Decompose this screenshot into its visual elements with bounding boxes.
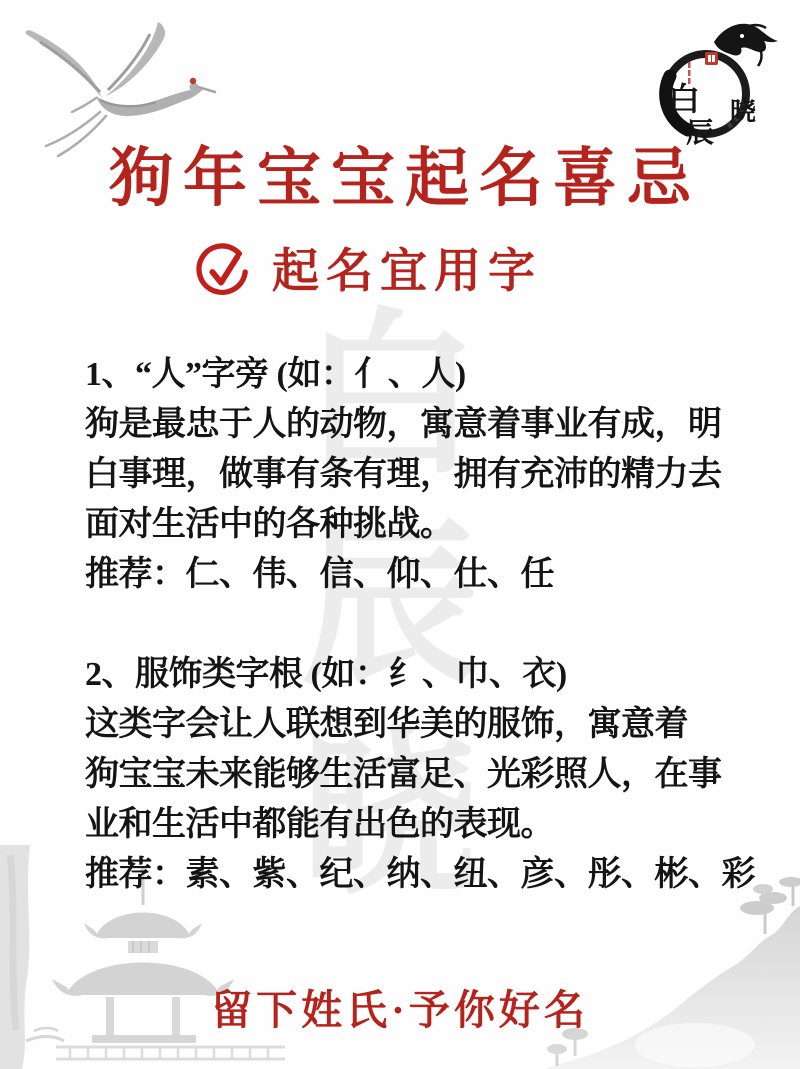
logo-char-xiao: 晓 <box>730 97 756 126</box>
check-circle-icon <box>194 243 252 301</box>
subtitle-row: 起名宜用字 <box>0 236 768 308</box>
footer-slogan: 留下姓氏·予你好名 <box>0 980 800 1040</box>
section-body-line: 业和生活中都能有出色的表现。 <box>85 800 725 850</box>
section-body-line: 面对生活中的各种挑战。 <box>85 500 725 550</box>
section-recommend: 推荐：仁、伟、信、仰、仕、任 <box>85 550 725 600</box>
section-recommend: 推荐：素、紫、纪、纳、纽、彦、彤、彬、彩 <box>85 850 725 900</box>
page-title: 狗年宝宝起名喜忌 <box>0 136 800 222</box>
logo-char-bai: 白 <box>668 81 700 117</box>
poster-canvas: 白 辰 晓 白 <box>0 0 800 1069</box>
section-body-line: 狗宝宝未来能够生活富足、光彩照人，在事 <box>85 750 725 800</box>
dragon-circle-icon: 白 辰 晓 <box>648 14 778 154</box>
section-body-line: 这类字会让人联想到华美的服饰，寓意着 <box>85 700 725 750</box>
section-body-line: 白事理，做事有条有理，拥有充沛的精力去 <box>85 450 725 500</box>
section-heading: 1、“人”字旁 (如：亻、人) <box>85 350 725 400</box>
section-ren-radical: 1、“人”字旁 (如：亻、人) 狗是最忠于人的动物，寓意着事业有成，明 白事理，… <box>85 350 725 600</box>
section-body-line: 狗是最忠于人的动物，寓意着事业有成，明 <box>85 400 725 450</box>
subtitle-text: 起名宜用字 <box>272 236 542 308</box>
section-clothing-radical: 2、服饰类字根 (如：纟、巾、衣) 这类字会让人联想到华美的服饰，寓意着 狗宝宝… <box>85 650 725 900</box>
section-heading: 2、服饰类字根 (如：纟、巾、衣) <box>85 650 725 700</box>
